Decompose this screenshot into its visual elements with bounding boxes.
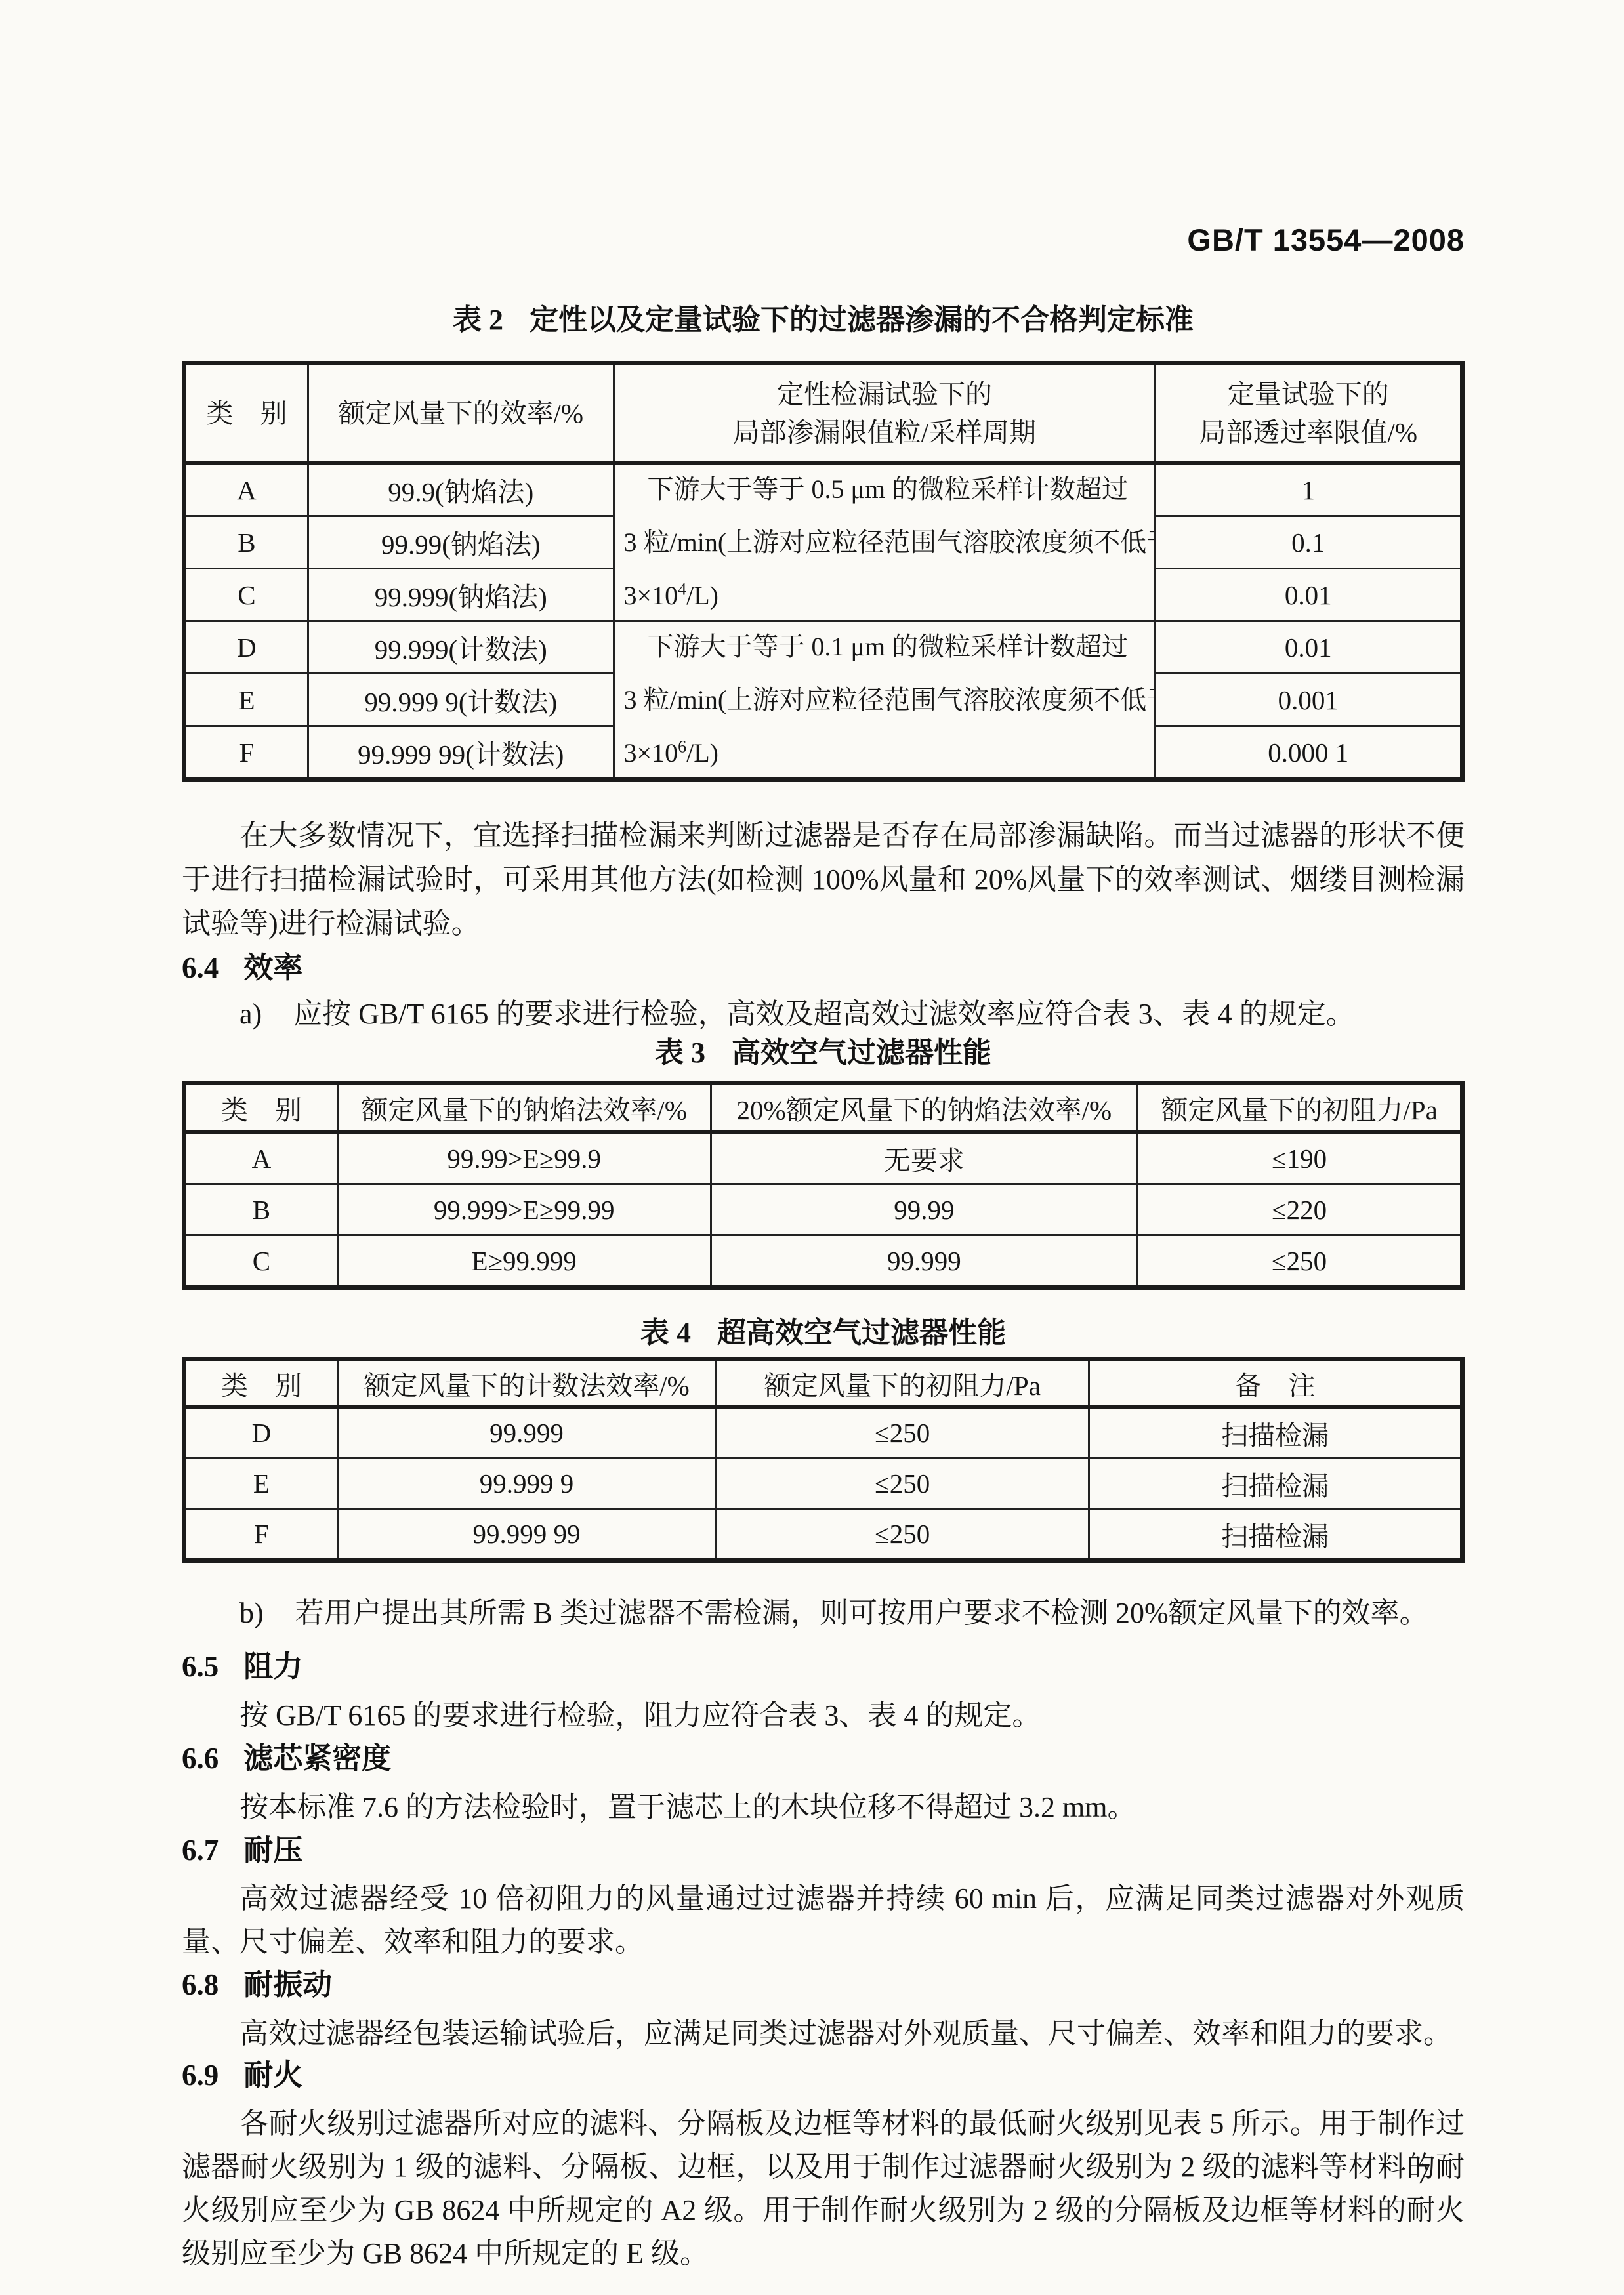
item-a: a)应按 GB/T 6165 的要求进行检验，高效及超高效过滤效率应符合表 3、… — [182, 997, 1465, 1032]
page-number: 7 — [1416, 2157, 1430, 2191]
item-a-label: a) — [239, 998, 262, 1030]
table4-header-row: 类 别 额定风量下的计数法效率/% 额定风量下的初阻力/Pa 备 注 — [184, 1359, 1463, 1407]
cell-class: C — [184, 1235, 338, 1288]
section-6-7-heading: 6.7耐压 — [182, 1832, 1465, 1869]
cell-resistance: ≤250 — [716, 1509, 1089, 1561]
section-title: 阻力 — [243, 1650, 302, 1683]
table2-row-D: D 99.999(计数法) 下游大于等于 0.1 μm 的微粒采样计数超过 3 … — [184, 621, 1463, 674]
cell-rated-efficiency: 99.99>E≥99.9 — [337, 1132, 711, 1184]
cell-limit: 1 — [1156, 463, 1463, 516]
table4-caption: 表 4超高效空气过滤器性能 — [182, 1316, 1465, 1350]
item-b-label: b) — [239, 1597, 264, 1629]
table2-qualitative-cell-abc: 下游大于等于 0.5 μm 的微粒采样计数超过 3 粒/min(上游对应粒径范围… — [614, 463, 1156, 621]
table4-caption-label: 表 4 — [640, 1317, 691, 1349]
qualitative-line1: 下游大于等于 0.5 μm 的微粒采样计数超过 — [624, 474, 1151, 505]
concentration-base: 3×10 — [624, 738, 678, 768]
section-6-6-heading: 6.6滤芯紧密度 — [182, 1740, 1465, 1777]
item-b-text: 若用户提出其所需 B 类过滤器不需检漏，则可按用户要求不检测 20%额定风量下的… — [295, 1597, 1428, 1629]
section-6-8-heading: 6.8耐振动 — [182, 1966, 1465, 2003]
cell-remark: 扫描检漏 — [1089, 1458, 1463, 1509]
cell-limit: 0.000 1 — [1156, 726, 1463, 780]
table2-header-qualitative-line1: 定性检漏试验下的 — [615, 375, 1155, 413]
table2-qualitative-cell-def: 下游大于等于 0.1 μm 的微粒采样计数超过 3 粒/min(上游对应粒径范围… — [614, 621, 1156, 780]
cell-class: B — [184, 516, 308, 569]
cell-resistance: ≤220 — [1138, 1184, 1463, 1235]
section-6-5-heading: 6.5阻力 — [182, 1648, 1465, 1685]
table4-header-rated-efficiency: 额定风量下的计数法效率/% — [337, 1359, 716, 1407]
cell-remark: 扫描检漏 — [1089, 1407, 1463, 1458]
cell-efficiency: 99.999 9(计数法) — [308, 674, 614, 726]
cell-resistance: ≤250 — [1138, 1235, 1463, 1288]
table3-header-rated-efficiency: 额定风量下的钠焰法效率/% — [337, 1083, 711, 1132]
cell-efficiency: 99.999(钠焰法) — [308, 569, 614, 621]
section-number: 6.9 — [182, 2059, 219, 2092]
cell-class: A — [184, 463, 308, 516]
cell-class: F — [184, 1509, 338, 1561]
table4-ulpa-performance: 类 别 额定风量下的计数法效率/% 额定风量下的初阻力/Pa 备 注 D 99.… — [182, 1357, 1465, 1563]
cell-class: F — [184, 726, 308, 780]
table2-header-row: 类 别 额定风量下的效率/% 定性检漏试验下的 局部渗漏限值粒/采样周期 定量试… — [184, 363, 1463, 463]
table3-header-20pct-efficiency: 20%额定风量下的钠焰法效率/% — [711, 1083, 1138, 1132]
table4-row-F: F 99.999 99 ≤250 扫描检漏 — [184, 1509, 1463, 1561]
cell-limit: 0.01 — [1156, 569, 1463, 621]
section-6-5-body: 按 GB/T 6165 的要求进行检验，阻力应符合表 3、表 4 的规定。 — [182, 1693, 1465, 1737]
cell-resistance: ≤250 — [716, 1458, 1089, 1509]
cell-class: E — [184, 674, 308, 726]
cell-class: D — [184, 1407, 338, 1458]
item-a-text: 应按 GB/T 6165 的要求进行检验，高效及超高效过滤效率应符合表 3、表 … — [293, 998, 1354, 1030]
table2-header-qualitative: 定性检漏试验下的 局部渗漏限值粒/采样周期 — [614, 363, 1156, 463]
concentration-base: 3×10 — [624, 581, 678, 610]
cell-class: A — [184, 1132, 338, 1184]
concentration-exponent: 4 — [678, 579, 686, 598]
document-page: GB/T 13554—2008 表 2定性以及定量试验下的过滤器渗漏的不合格判定… — [0, 0, 1624, 2295]
paragraph-leak-test-methods: 在大多数情况下，宜选择扫描检漏来判断过滤器是否存在局部渗漏缺陷。而当过滤器的形状… — [182, 814, 1465, 945]
table3-header-resistance: 额定风量下的初阻力/Pa — [1138, 1083, 1463, 1132]
qualitative-line2: 3 粒/min(上游对应粒径范围气溶胶浓度须不低于 — [624, 527, 1151, 558]
qualitative-text-abc: 下游大于等于 0.5 μm 的微粒采样计数超过 3 粒/min(上游对应粒径范围… — [615, 472, 1155, 613]
table2-caption: 表 2定性以及定量试验下的过滤器渗漏的不合格判定标准 — [182, 303, 1465, 337]
table3-hepa-performance: 类 别 额定风量下的钠焰法效率/% 20%额定风量下的钠焰法效率/% 额定风量下… — [182, 1081, 1465, 1290]
table4-header-remark: 备 注 — [1089, 1359, 1463, 1407]
table2-header-quantitative-line1: 定量试验下的 — [1156, 375, 1460, 413]
section-6-4-heading: 6.4效率 — [182, 949, 1465, 986]
page-content: 表 2定性以及定量试验下的过滤器渗漏的不合格判定标准 类 别 额定风量下的效率/… — [182, 0, 1465, 2275]
section-title: 效率 — [243, 951, 302, 984]
cell-20pct-efficiency: 99.999 — [711, 1235, 1138, 1288]
cell-resistance: ≤190 — [1138, 1132, 1463, 1184]
table3-row-C: C E≥99.999 99.999 ≤250 — [184, 1235, 1463, 1288]
cell-class: B — [184, 1184, 338, 1235]
section-number: 6.7 — [182, 1834, 219, 1867]
section-title: 耐振动 — [243, 1968, 332, 2001]
section-title: 耐压 — [243, 1834, 302, 1867]
cell-rated-efficiency: 99.999>E≥99.99 — [337, 1184, 711, 1235]
section-6-6-body: 按本标准 7.6 的方法检验时，置于滤芯上的木块位移不得超过 3.2 mm。 — [182, 1785, 1465, 1829]
concentration-unit: /L) — [686, 738, 718, 768]
section-number: 6.6 — [182, 1742, 219, 1775]
table2-caption-label: 表 2 — [453, 304, 503, 336]
qualitative-line3: 3×104/L) — [624, 580, 1151, 611]
table4-header-resistance: 额定风量下的初阻力/Pa — [716, 1359, 1089, 1407]
table3-caption-label: 表 3 — [655, 1037, 705, 1069]
cell-class: E — [184, 1458, 338, 1509]
cell-limit: 0.001 — [1156, 674, 1463, 726]
table2-row-A: A 99.9(钠焰法) 下游大于等于 0.5 μm 的微粒采样计数超过 3 粒/… — [184, 463, 1463, 516]
table2-header-quantitative: 定量试验下的 局部透过率限值/% — [1156, 363, 1463, 463]
table4-caption-title: 超高效空气过滤器性能 — [717, 1317, 1006, 1349]
cell-limit: 0.1 — [1156, 516, 1463, 569]
table3-caption-title: 高效空气过滤器性能 — [732, 1037, 991, 1069]
cell-class: C — [184, 569, 308, 621]
cell-rated-efficiency: 99.999 9 — [337, 1458, 716, 1509]
cell-efficiency: 99.99(钠焰法) — [308, 516, 614, 569]
table2-header-class: 类 别 — [184, 363, 308, 463]
concentration-exponent: 6 — [678, 737, 686, 756]
cell-remark: 扫描检漏 — [1089, 1509, 1463, 1561]
item-b: b)若用户提出其所需 B 类过滤器不需检漏，则可按用户要求不检测 20%额定风量… — [182, 1596, 1465, 1631]
section-title: 滤芯紧密度 — [243, 1742, 391, 1775]
table3-caption: 表 3高效空气过滤器性能 — [182, 1036, 1465, 1070]
section-6-7-body: 高效过滤器经受 10 倍初阻力的风量通过过滤器并持续 60 min 后，应满足同… — [182, 1877, 1465, 1964]
table4-row-E: E 99.999 9 ≤250 扫描检漏 — [184, 1458, 1463, 1509]
cell-20pct-efficiency: 99.99 — [711, 1184, 1138, 1235]
qualitative-line1: 下游大于等于 0.1 μm 的微粒采样计数超过 — [624, 631, 1151, 663]
table3-row-A: A 99.99>E≥99.9 无要求 ≤190 — [184, 1132, 1463, 1184]
table2-caption-title: 定性以及定量试验下的过滤器渗漏的不合格判定标准 — [530, 304, 1194, 336]
cell-resistance: ≤250 — [716, 1407, 1089, 1458]
section-6-8-body: 高效过滤器经包装运输试验后，应满足同类过滤器对外观质量、尺寸偏差、效率和阻力的要… — [182, 2012, 1465, 2056]
table3-header-row: 类 别 额定风量下的钠焰法效率/% 20%额定风量下的钠焰法效率/% 额定风量下… — [184, 1083, 1463, 1132]
cell-efficiency: 99.9(钠焰法) — [308, 463, 614, 516]
cell-efficiency: 99.999(计数法) — [308, 621, 614, 674]
section-title: 耐火 — [243, 2059, 302, 2092]
cell-rated-efficiency: E≥99.999 — [337, 1235, 711, 1288]
cell-20pct-efficiency: 无要求 — [711, 1132, 1138, 1184]
section-number: 6.4 — [182, 951, 219, 984]
qualitative-line3: 3×106/L) — [624, 737, 1151, 769]
qualitative-line2: 3 粒/min(上游对应粒径范围气溶胶浓度须不低于 — [624, 684, 1151, 716]
table2-leak-criteria: 类 别 额定风量下的效率/% 定性检漏试验下的 局部渗漏限值粒/采样周期 定量试… — [182, 361, 1465, 782]
table2-header-efficiency: 额定风量下的效率/% — [308, 363, 614, 463]
table3-header-class: 类 别 — [184, 1083, 338, 1132]
concentration-unit: /L) — [686, 581, 718, 610]
section-6-9-body: 各耐火级别过滤器所对应的滤料、分隔板及边框等材料的最低耐火级别见表 5 所示。用… — [182, 2102, 1465, 2275]
table2-header-quantitative-line2: 局部透过率限值/% — [1156, 413, 1460, 451]
qualitative-text-def: 下游大于等于 0.1 μm 的微粒采样计数超过 3 粒/min(上游对应粒径范围… — [615, 630, 1155, 770]
cell-rated-efficiency: 99.999 — [337, 1407, 716, 1458]
section-number: 6.5 — [182, 1650, 219, 1683]
table4-header-class: 类 别 — [184, 1359, 338, 1407]
cell-efficiency: 99.999 99(计数法) — [308, 726, 614, 780]
section-6-9-heading: 6.9耐火 — [182, 2057, 1465, 2094]
section-number: 6.8 — [182, 1968, 219, 2001]
table3-row-B: B 99.999>E≥99.99 99.99 ≤220 — [184, 1184, 1463, 1235]
cell-rated-efficiency: 99.999 99 — [337, 1509, 716, 1561]
table2-header-qualitative-line2: 局部渗漏限值粒/采样周期 — [615, 413, 1155, 451]
table4-row-D: D 99.999 ≤250 扫描检漏 — [184, 1407, 1463, 1458]
cell-limit: 0.01 — [1156, 621, 1463, 674]
cell-class: D — [184, 621, 308, 674]
